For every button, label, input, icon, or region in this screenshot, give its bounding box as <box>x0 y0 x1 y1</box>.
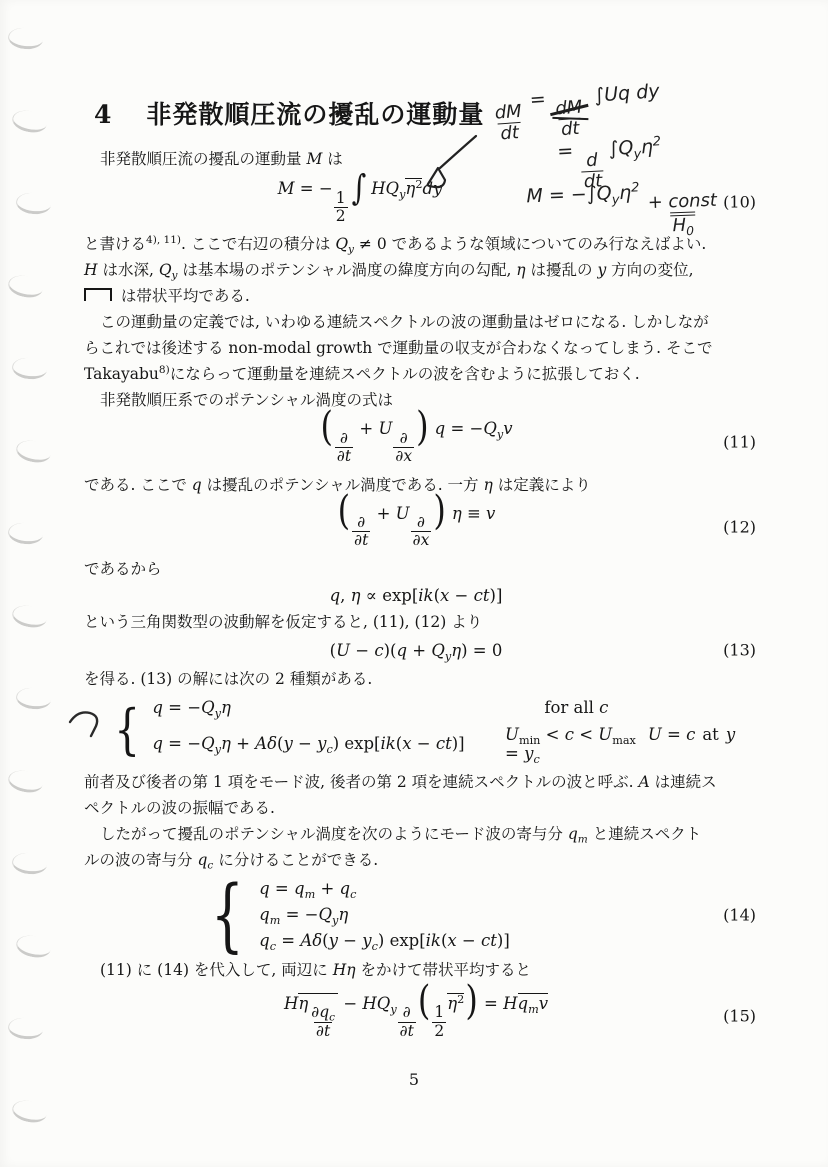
case-row: q = −Qyη for all c <box>152 698 748 717</box>
left-brace: { <box>114 706 140 755</box>
equation-10-number: (10) <box>723 192 756 211</box>
case-equation: q = −Qyη <box>152 698 544 717</box>
handwritten-note-M-const: M = −∫Qyη2+ constH0 <box>526 179 721 242</box>
equation-12: (∂∂t + U∂∂x)η ≡ v (12) <box>84 504 748 550</box>
equation-15: Hη∂qc∂t − HQy∂∂t(12η2) = Hqmv (15) <box>84 993 748 1040</box>
equation-14-number: (14) <box>723 905 756 924</box>
equation-11: (∂∂t + U∂∂x)q = −Qyv (11) <box>84 419 748 465</box>
text-line: この運動量の定義では, いわゆる連続スペクトルの波の運動量はゼロになる. しかし… <box>84 309 748 335</box>
text-line: ルの波の寄与分 qc に分けることができる. <box>84 847 748 873</box>
text-line: (11) に (14) を代入して, 両辺に Hη をかけて帯状平均すると <box>84 957 748 983</box>
left-brace: { <box>211 879 244 951</box>
equation-13: (U − c)(q + Qyη) = 0 (13) <box>84 641 748 660</box>
text-line: という三角関数型の波動解を仮定すると, (11), (12) より <box>84 609 748 635</box>
text-line: H は水深, Qy は基本場のポテンシャル渦度の緯度方向の勾配, η は擾乱の … <box>84 257 748 283</box>
binding-mark <box>10 1097 49 1125</box>
equation-14-rows: q = qm + qc qm = −Qyη qc = Aδ(y − yc) ex… <box>259 879 510 950</box>
equation-14: { q = qm + qc qm = −Qyη qc = Aδ(y − yc) … <box>84 879 748 951</box>
scanned-notes-page: 4非発散順圧流の擾乱の運動量 非発散順圧流の擾乱の運動量 M は M = −12… <box>0 0 828 1167</box>
handwritten-hook-mark <box>66 706 108 752</box>
case-condition: for all c <box>544 698 608 717</box>
equation-15-body: Hη∂qc∂t − HQy∂∂t(12η2) = Hqmv <box>284 993 548 1040</box>
section-title: 非発散順圧流の擾乱の運動量 <box>146 100 484 129</box>
wave-solution-expression: q, η ∝ exp[ik(x − ct)] <box>84 586 748 605</box>
text-line: を得る. (13) の解には次の 2 種類がある. <box>84 666 748 692</box>
case-condition: Umin < c < UmaxU = caty = yc <box>505 725 748 763</box>
equation-13-body: (U − c)(q + Qyη) = 0 <box>330 641 503 660</box>
page-content: 4非発散順圧流の擾乱の運動量 非発散順圧流の擾乱の運動量 M は M = −12… <box>0 0 828 1040</box>
text-line: したがって擾乱のポテンシャル渦度を次のようにモード波の寄与分 qm と連続スペク… <box>84 821 748 847</box>
text-line: らこれでは後述する non-modal growth で運動量の収支が合わなくな… <box>84 335 748 361</box>
equation-14-row: qc = Aδ(y − yc) exp[ik(x − ct)] <box>259 931 510 950</box>
text-line: であるから <box>84 556 748 582</box>
equation-12-body: (∂∂t + U∂∂x)η ≡ v <box>337 504 496 550</box>
equation-15-number: (15) <box>723 1007 756 1026</box>
equation-13-number: (13) <box>723 641 756 660</box>
equation-12-number: (12) <box>723 517 756 536</box>
text-line: である. ここで q は擾乱のポテンシャル渦度である. 一方 η は定義により <box>84 472 748 498</box>
case-rows: q = −Qyη for all c q = −Qyη + Aδ(y − yc)… <box>152 698 748 763</box>
text-line: は帯状平均である. <box>84 283 748 309</box>
case-equation: q = −Qyη + Aδ(y − yc) exp[ik(x − ct)] <box>152 734 505 753</box>
text-line: Takayabu8)にならって運動量を連続スペクトルの波を含むように拡張しておく… <box>84 361 748 387</box>
page-number: 5 <box>0 1070 828 1089</box>
text-line: ペクトルの波の振幅である. <box>84 795 748 821</box>
equation-14-row: q = qm + qc <box>259 879 510 898</box>
section-number: 4 <box>94 98 112 132</box>
equation-11-body: (∂∂t + U∂∂x)q = −Qyv <box>319 419 512 465</box>
handwritten-delta-arrow <box>418 132 484 194</box>
equation-11-number: (11) <box>723 433 756 452</box>
solution-cases: { q = −Qyη for all c q = −Qyη + Aδ(y − y… <box>110 698 748 763</box>
case-row: q = −Qyη + Aδ(y − yc) exp[ik(x − ct)] Um… <box>152 725 748 763</box>
equation-14-row: qm = −Qyη <box>259 905 510 924</box>
text-line: 前者及び後者の第 1 項をモード波, 後者の第 2 項を連続スペクトルの波と呼ぶ… <box>84 769 748 795</box>
